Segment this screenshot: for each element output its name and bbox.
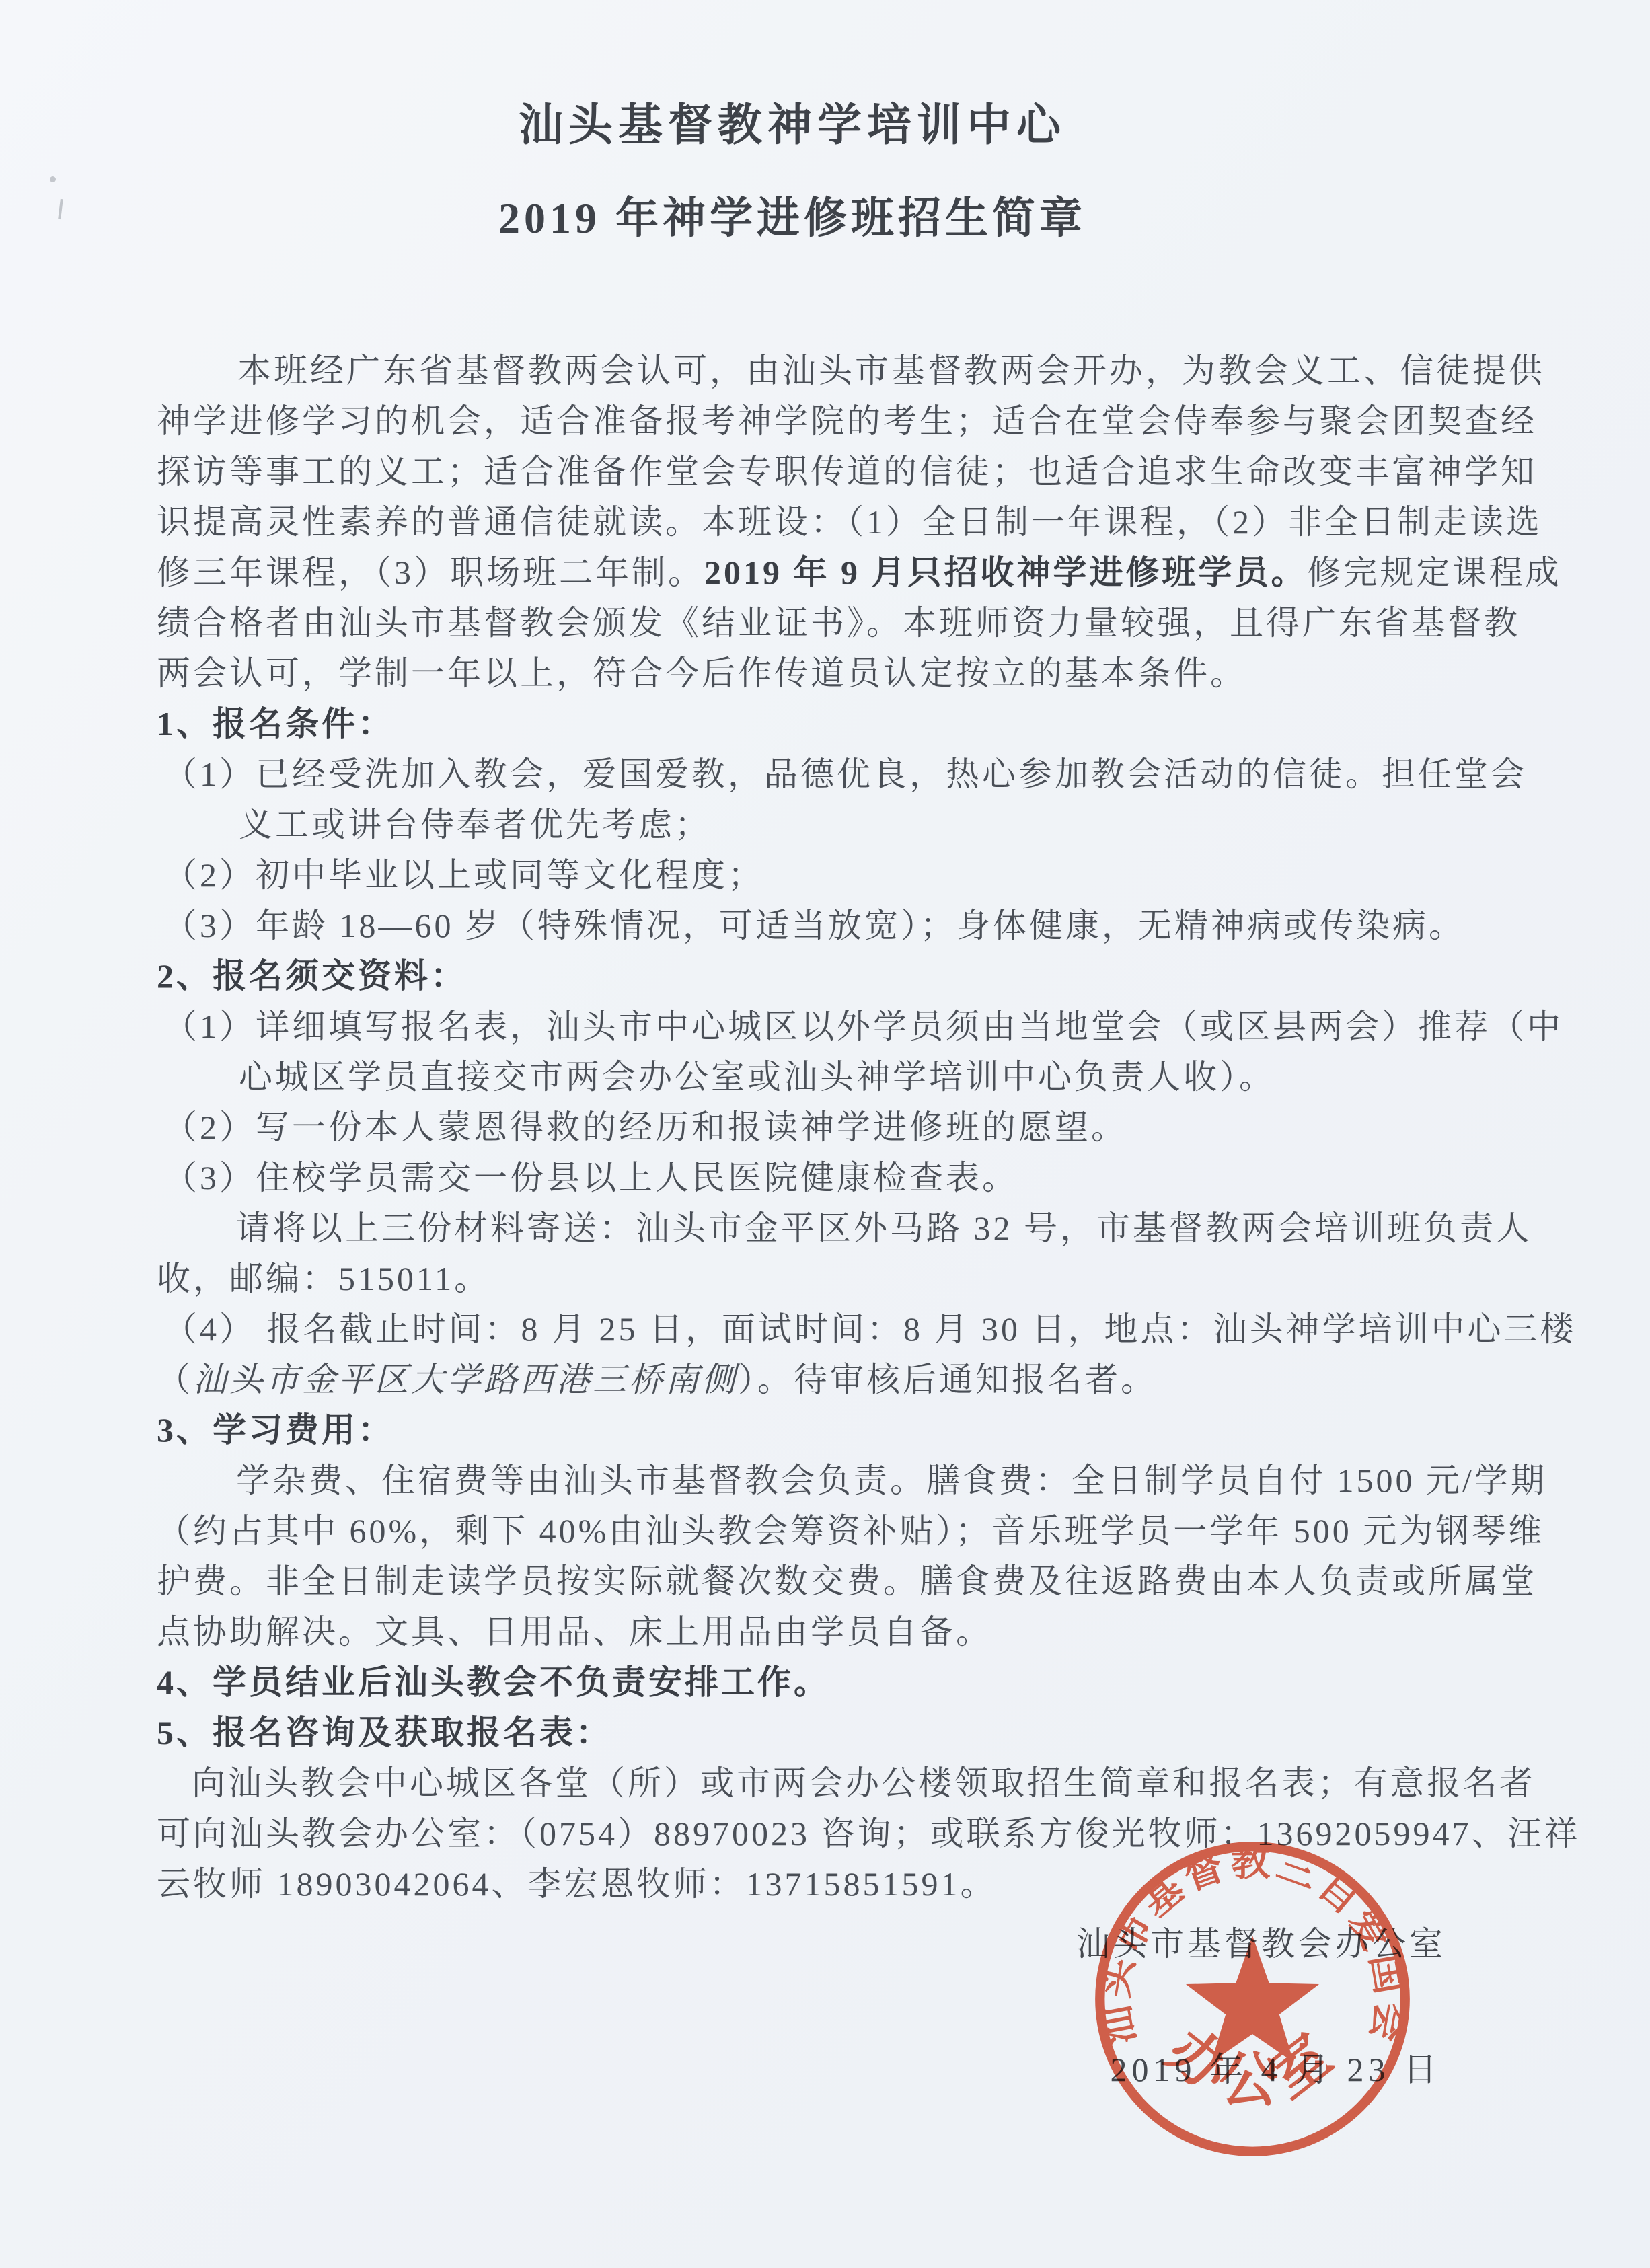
intro-line-5-tail: 修完规定课程成 (1308, 554, 1562, 591)
intro-line-2: 神学进修学习的机会，适合准备报考神学院的考生；适合在堂会侍奉参与聚会团契查经 (157, 396, 1542, 447)
document-body: 本班经广东省基督教两会认可，由汕头市基督教两会开办，为教会义工、信徒提供 神学进… (157, 346, 1542, 1910)
section2-item4-line1: （4） 报名截止时间：8 月 25 日，面试时间：8 月 30 日，地点：汕头神… (157, 1304, 1542, 1355)
section2-item3: （3）住校学员需交一份县以上人民医院健康检查表。 (157, 1153, 1542, 1203)
intro-line-5-normal: 修三年课程，（3）职场班二年制。 (157, 554, 704, 591)
section2-item4-line2: （汕头市金平区大学路西港三桥南侧）。待审核后通知报名者。 (157, 1355, 1542, 1405)
section4-heading: 4、学员结业后汕头教会不负责安排工作。 (157, 1657, 1542, 1708)
section3-heading: 3、学习费用： (157, 1405, 1542, 1456)
intro-line-1: 本班经广东省基督教两会认可，由汕头市基督教两会开办，为教会义工、信徒提供 (157, 346, 1542, 396)
section1-item1-line1: （1）已经受洗加入教会，爱国爱教，品德优良，热心参加教会活动的信徒。担任堂会 (157, 749, 1542, 800)
intro-line-3: 探访等事工的义工；适合准备作堂会专职传道的信徒；也适合追求生命改变丰富神学知 (157, 447, 1542, 497)
item4-paren-open: （ (157, 1361, 193, 1398)
scanned-document-page: 汕头基督教神学培训中心 2019 年神学进修班招生简章 本班经广东省基督教两会认… (0, 0, 1650, 2268)
section3-line1: 学杂费、住宿费等由汕头市基督教会负责。膳食费：全日制学员自付 1500 元/学期 (157, 1456, 1542, 1506)
scan-artifact-dot (50, 176, 56, 182)
intro-line-6: 绩合格者由汕头市基督教会颁发《结业证书》。本班师资力量较强，且得广东省基督教 (157, 598, 1542, 648)
official-seal: 汕头市基督教三自爱国会 办公室 (1091, 1838, 1414, 2160)
section2-item1-line2: 心城区学员直接交市两会办公室或汕头神学培训中心负责人收）。 (157, 1052, 1542, 1102)
document-subtitle: 2019 年神学进修班招生简章 (157, 194, 1542, 243)
item4-address-italic: 汕头市金平区大学路西港三桥南侧 (193, 1361, 738, 1398)
intro-line-5: 修三年课程，（3）职场班二年制。2019 年 9 月只招收神学进修班学员。修完规… (157, 547, 1542, 598)
intro-line-5-bold: 2019 年 9 月只招收神学进修班学员。 (704, 554, 1308, 591)
document-title: 汕头基督教神学培训中心 (157, 100, 1542, 152)
section1-item1-line2: 义工或讲台侍奉者优先考虑； (157, 800, 1542, 850)
item4-line2-tail: ）。待审核后通知报名者。 (738, 1361, 1157, 1398)
section2-mail-line2: 收，邮编：515011。 (157, 1254, 1542, 1304)
intro-line-4: 识提高灵性素养的普通信徒就读。本班设：（1）全日制一年课程，（2）非全日制走读选 (157, 497, 1542, 547)
scan-artifact-dash (58, 199, 63, 219)
section3-line3: 护费。非全日制走读学员按实际就餐次数交费。膳食费及往返路费由本人负责或所属堂 (157, 1556, 1542, 1607)
intro-line-7: 两会认可，学制一年以上，符合今后作传道员认定按立的基本条件。 (157, 648, 1542, 699)
section1-item2: （2）初中毕业以上或同等文化程度； (157, 850, 1542, 901)
section5-line1: 向汕头教会中心城区各堂（所）或市两会办公楼领取招生简章和报名表；有意报名者 (157, 1758, 1542, 1809)
section2-heading: 2、报名须交资料： (157, 951, 1542, 1001)
section2-item1-line1: （1）详细填写报名表，汕头市中心城区以外学员须由当地堂会（或区县两会）推荐（中 (157, 1001, 1542, 1052)
section1-heading: 1、报名条件： (157, 699, 1542, 749)
section5-heading: 5、报名咨询及获取报名表： (157, 1708, 1542, 1758)
section2-mail-line1: 请将以上三份材料寄送：汕头市金平区外马路 32 号，市基督教两会培训班负责人 (157, 1203, 1542, 1254)
document-content: 汕头基督教神学培训中心 2019 年神学进修班招生简章 本班经广东省基督教两会认… (157, 0, 1542, 2095)
section3-line2: （约占其中 60%，剩下 40%由汕头教会筹资补贴）；音乐班学员一学年 500 … (157, 1506, 1542, 1556)
section1-item3: （3）年龄 18—60 岁（特殊情况，可适当放宽）；身体健康，无精神病或传染病。 (157, 901, 1542, 951)
section3-line4: 点协助解决。文具、日用品、床上用品由学员自备。 (157, 1607, 1542, 1657)
section2-item2: （2）写一份本人蒙恩得救的经历和报读神学进修班的愿望。 (157, 1102, 1542, 1153)
